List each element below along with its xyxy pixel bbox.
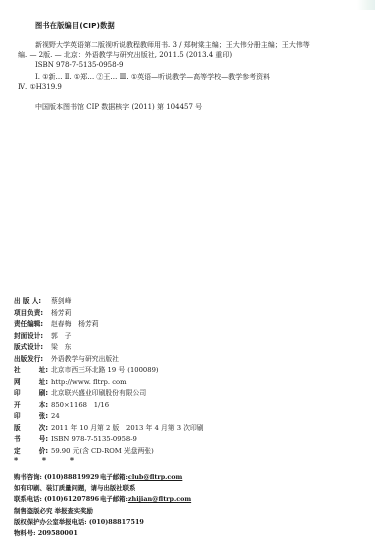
colophon-label: 印张: (14, 411, 48, 423)
colophon-row-project-lead: 项目负责: 杨芳莉 (14, 308, 204, 320)
colophon-label: 出 版 人: (14, 296, 51, 308)
colophon-label: 封面设计: (14, 331, 51, 343)
separator-star: * (14, 455, 18, 465)
colophon-value: 北京联兴盛业印刷股份有限公司 (51, 388, 146, 400)
colophon-label: 版次: (14, 423, 48, 435)
email-link-zhijian[interactable]: zhijian@fltrp.com (128, 494, 191, 505)
colophon-row-edition: 版次: 2011 年 10 月第 2 版 2013 年 4 月第 3 次印刷 (14, 423, 204, 435)
contact-row-phone: 联系电话: (010)61207896 电子邮箱: zhijian@fltrp.… (14, 494, 191, 505)
colophon-row-distributor: 出版发行: 外语教学与研究出版社 (14, 354, 204, 366)
colophon-label: 责任编辑: (14, 319, 51, 331)
colophon-label: 版式设计: (14, 342, 51, 354)
colophon-row-cover-design: 封面设计: 郭 子 (14, 331, 204, 343)
cip-description: 新视野大学英语第二版视听说教程教师用书. 3 / 郑树棠主编；王大伟分册主编；王… (18, 40, 363, 71)
colophon-value: 郭 子 (51, 331, 71, 343)
cip-classification: Ⅰ. ①新… Ⅱ. ①郑… ②王… Ⅲ. ①英语—听说教学—高等学校—教学参考资… (18, 72, 363, 92)
colophon-row-isbn: 书号: ISBN 978-7-5135-0958-9 (14, 434, 204, 446)
colophon-value: 24 (51, 411, 60, 423)
cip-isbn: ISBN 978-7-5135-0958-9 (18, 60, 363, 70)
section-separator: * * * (14, 455, 74, 465)
cip-title-line-1: 新视野大学英语第二版视听说教程教师用书. 3 / 郑树棠主编；王大伟分册主编；王… (18, 40, 363, 50)
colophon-label: 书号: (14, 434, 48, 446)
contact-row-material: 物料号: 209580001 (14, 528, 191, 539)
separator-star: * (70, 455, 74, 465)
colophon-label: 网址: (14, 377, 48, 389)
cip-title-line-2: 编. — 2版. — 北京：外语教学与研究出版社, 2011.5 (2013.4… (18, 50, 363, 60)
colophon-label: 开本: (14, 400, 48, 412)
email-label: 电子邮箱: (100, 472, 128, 483)
colophon-value: 赵春梅 杨芳莉 (51, 319, 99, 331)
email-label: 电子邮箱: (100, 494, 128, 505)
colophon-row-address: 社址: 北京市西三环北路 19 号 (100089) (14, 365, 204, 377)
classification-line-1: Ⅰ. ①新… Ⅱ. ①郑… ②王… Ⅲ. ①英语—听说教学—高等学校—教学参考资… (18, 72, 363, 82)
colophon-label: 出版发行: (14, 354, 51, 366)
colophon-value: 杨芳莉 (51, 308, 71, 320)
scan-edge-tint (357, 0, 375, 10)
colophon-value: 2011 年 10 月第 2 版 2013 年 4 月第 3 次印刷 (51, 423, 204, 435)
colophon: 出 版 人: 蔡剑峰 项目负责: 杨芳莉 责任编辑: 赵春梅 杨芳莉 封面设计:… (14, 296, 204, 457)
colophon-value: ISBN 978-7-5135-0958-9 (51, 434, 137, 446)
colophon-value: 外语教学与研究出版社 (51, 354, 119, 366)
colophon-value: http://www. fltrp. com (51, 377, 127, 389)
colophon-row-layout-design: 版式设计: 梁 东 (14, 342, 204, 354)
classification-line-2: Ⅳ. ①H319.9 (18, 82, 363, 92)
contact-row-report: 版权保护办公室举报电话: (010)88817519 (14, 517, 191, 528)
colophon-row-format: 开本: 850×1168 1/16 (14, 400, 204, 412)
contact-row-purchase: 购书咨询: (010)88819929 电子邮箱: club@fltrp.com (14, 472, 191, 483)
piracy-notice: 制售盗版必究 举报查实奖励 (14, 506, 93, 517)
colophon-label: 印刷: (14, 388, 48, 400)
contact-row-quality: 如有印刷、装订质量问题，请与出版社联系 (14, 483, 191, 494)
email-link-club[interactable]: club@fltrp.com (128, 472, 182, 483)
colophon-value: 850×1168 1/16 (51, 400, 109, 412)
contact-row-piracy: 制售盗版必究 举报查实奖励 (14, 506, 191, 517)
report-phone: 版权保护办公室举报电话: (010)88817519 (14, 517, 144, 528)
colophon-row-publisher: 出 版 人: 蔡剑峰 (14, 296, 204, 308)
colophon-row-printer: 印刷: 北京联兴盛业印刷股份有限公司 (14, 388, 204, 400)
cip-heading: 图书在版编目(CIP)数据 (35, 21, 115, 31)
purchase-hotline: 购书咨询: (010)88819929 (14, 472, 100, 483)
colophon-label: 项目负责: (14, 308, 51, 320)
colophon-value: 北京市西三环北路 19 号 (100089) (51, 365, 159, 377)
colophon-value: 梁 东 (51, 342, 71, 354)
colophon-row-website: 网址: http://www. fltrp. com (14, 377, 204, 389)
colophon-label: 社址: (14, 365, 48, 377)
contact-info: 购书咨询: (010)88819929 电子邮箱: club@fltrp.com… (14, 472, 191, 539)
colophon-value: 蔡剑峰 (51, 296, 71, 308)
material-number: 物料号: 209580001 (14, 528, 78, 539)
separator-star: * (42, 455, 46, 465)
contact-phone: 联系电话: (010)61207896 (14, 494, 100, 505)
quality-notice: 如有印刷、装订质量问题，请与出版社联系 (14, 483, 135, 494)
colophon-row-sheets: 印张: 24 (14, 411, 204, 423)
cip-record-number: 中国版本图书馆 CIP 数据核字 (2011) 第 104457 号 (35, 102, 202, 112)
colophon-row-editors: 责任编辑: 赵春梅 杨芳莉 (14, 319, 204, 331)
